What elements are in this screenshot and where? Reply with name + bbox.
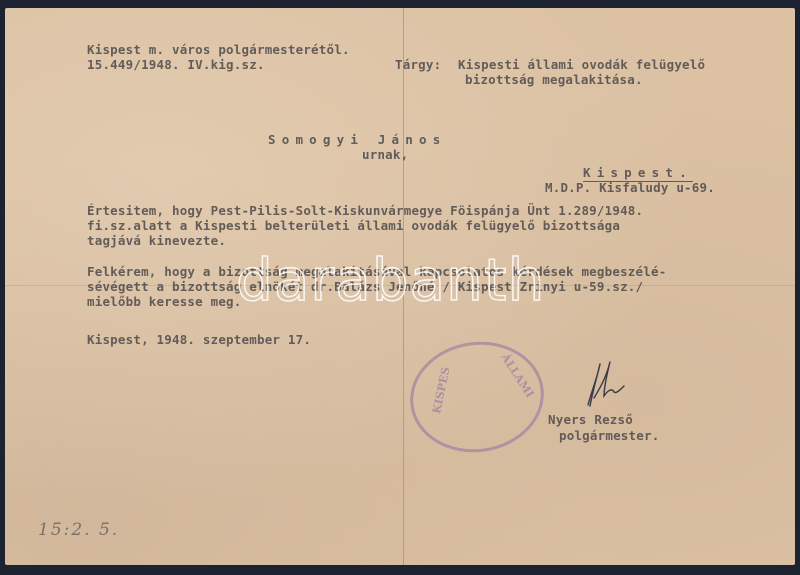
subject-line-2: bizottság megalakitása. — [465, 72, 643, 87]
recipient-address: M.D.P. Kisfaludy u-69. — [545, 180, 715, 195]
signatory-name: Nyers Rezső — [548, 412, 633, 427]
sender-line-1: Kispest m. város polgármesterétől. — [87, 42, 350, 57]
handwritten-note: 15:2. 5. — [38, 520, 119, 540]
recipient-city-wrap: Kispest. — [583, 165, 693, 180]
recipient-salutation: urnak, — [362, 147, 408, 162]
subject-line-1: Kispesti állami ovodák felügyelő — [458, 57, 705, 72]
body-p1-line-1: Értesitem, hogy Pest-Pilis-Solt-Kiskunvá… — [87, 203, 643, 218]
stamp-text-left: KISPES — [430, 366, 453, 415]
body-p2-line-3: mielőbb keresse meg. — [87, 294, 242, 309]
subject-label: Tárgy: — [395, 57, 441, 72]
reference-number: 15.449/1948. IV.kig.sz. — [87, 57, 265, 72]
recipient-name: Somogyi János — [268, 132, 446, 147]
body-p1-line-3: tagjává kinevezte. — [87, 233, 226, 248]
watermark: darabanth — [236, 250, 545, 310]
signature-icon — [580, 350, 640, 412]
body-p1-line-2: fi.sz.alatt a Kispesti belterületi állam… — [87, 218, 620, 233]
date-line: Kispest, 1948. szeptember 17. — [87, 332, 311, 347]
signatory-title: polgármester. — [559, 428, 659, 443]
